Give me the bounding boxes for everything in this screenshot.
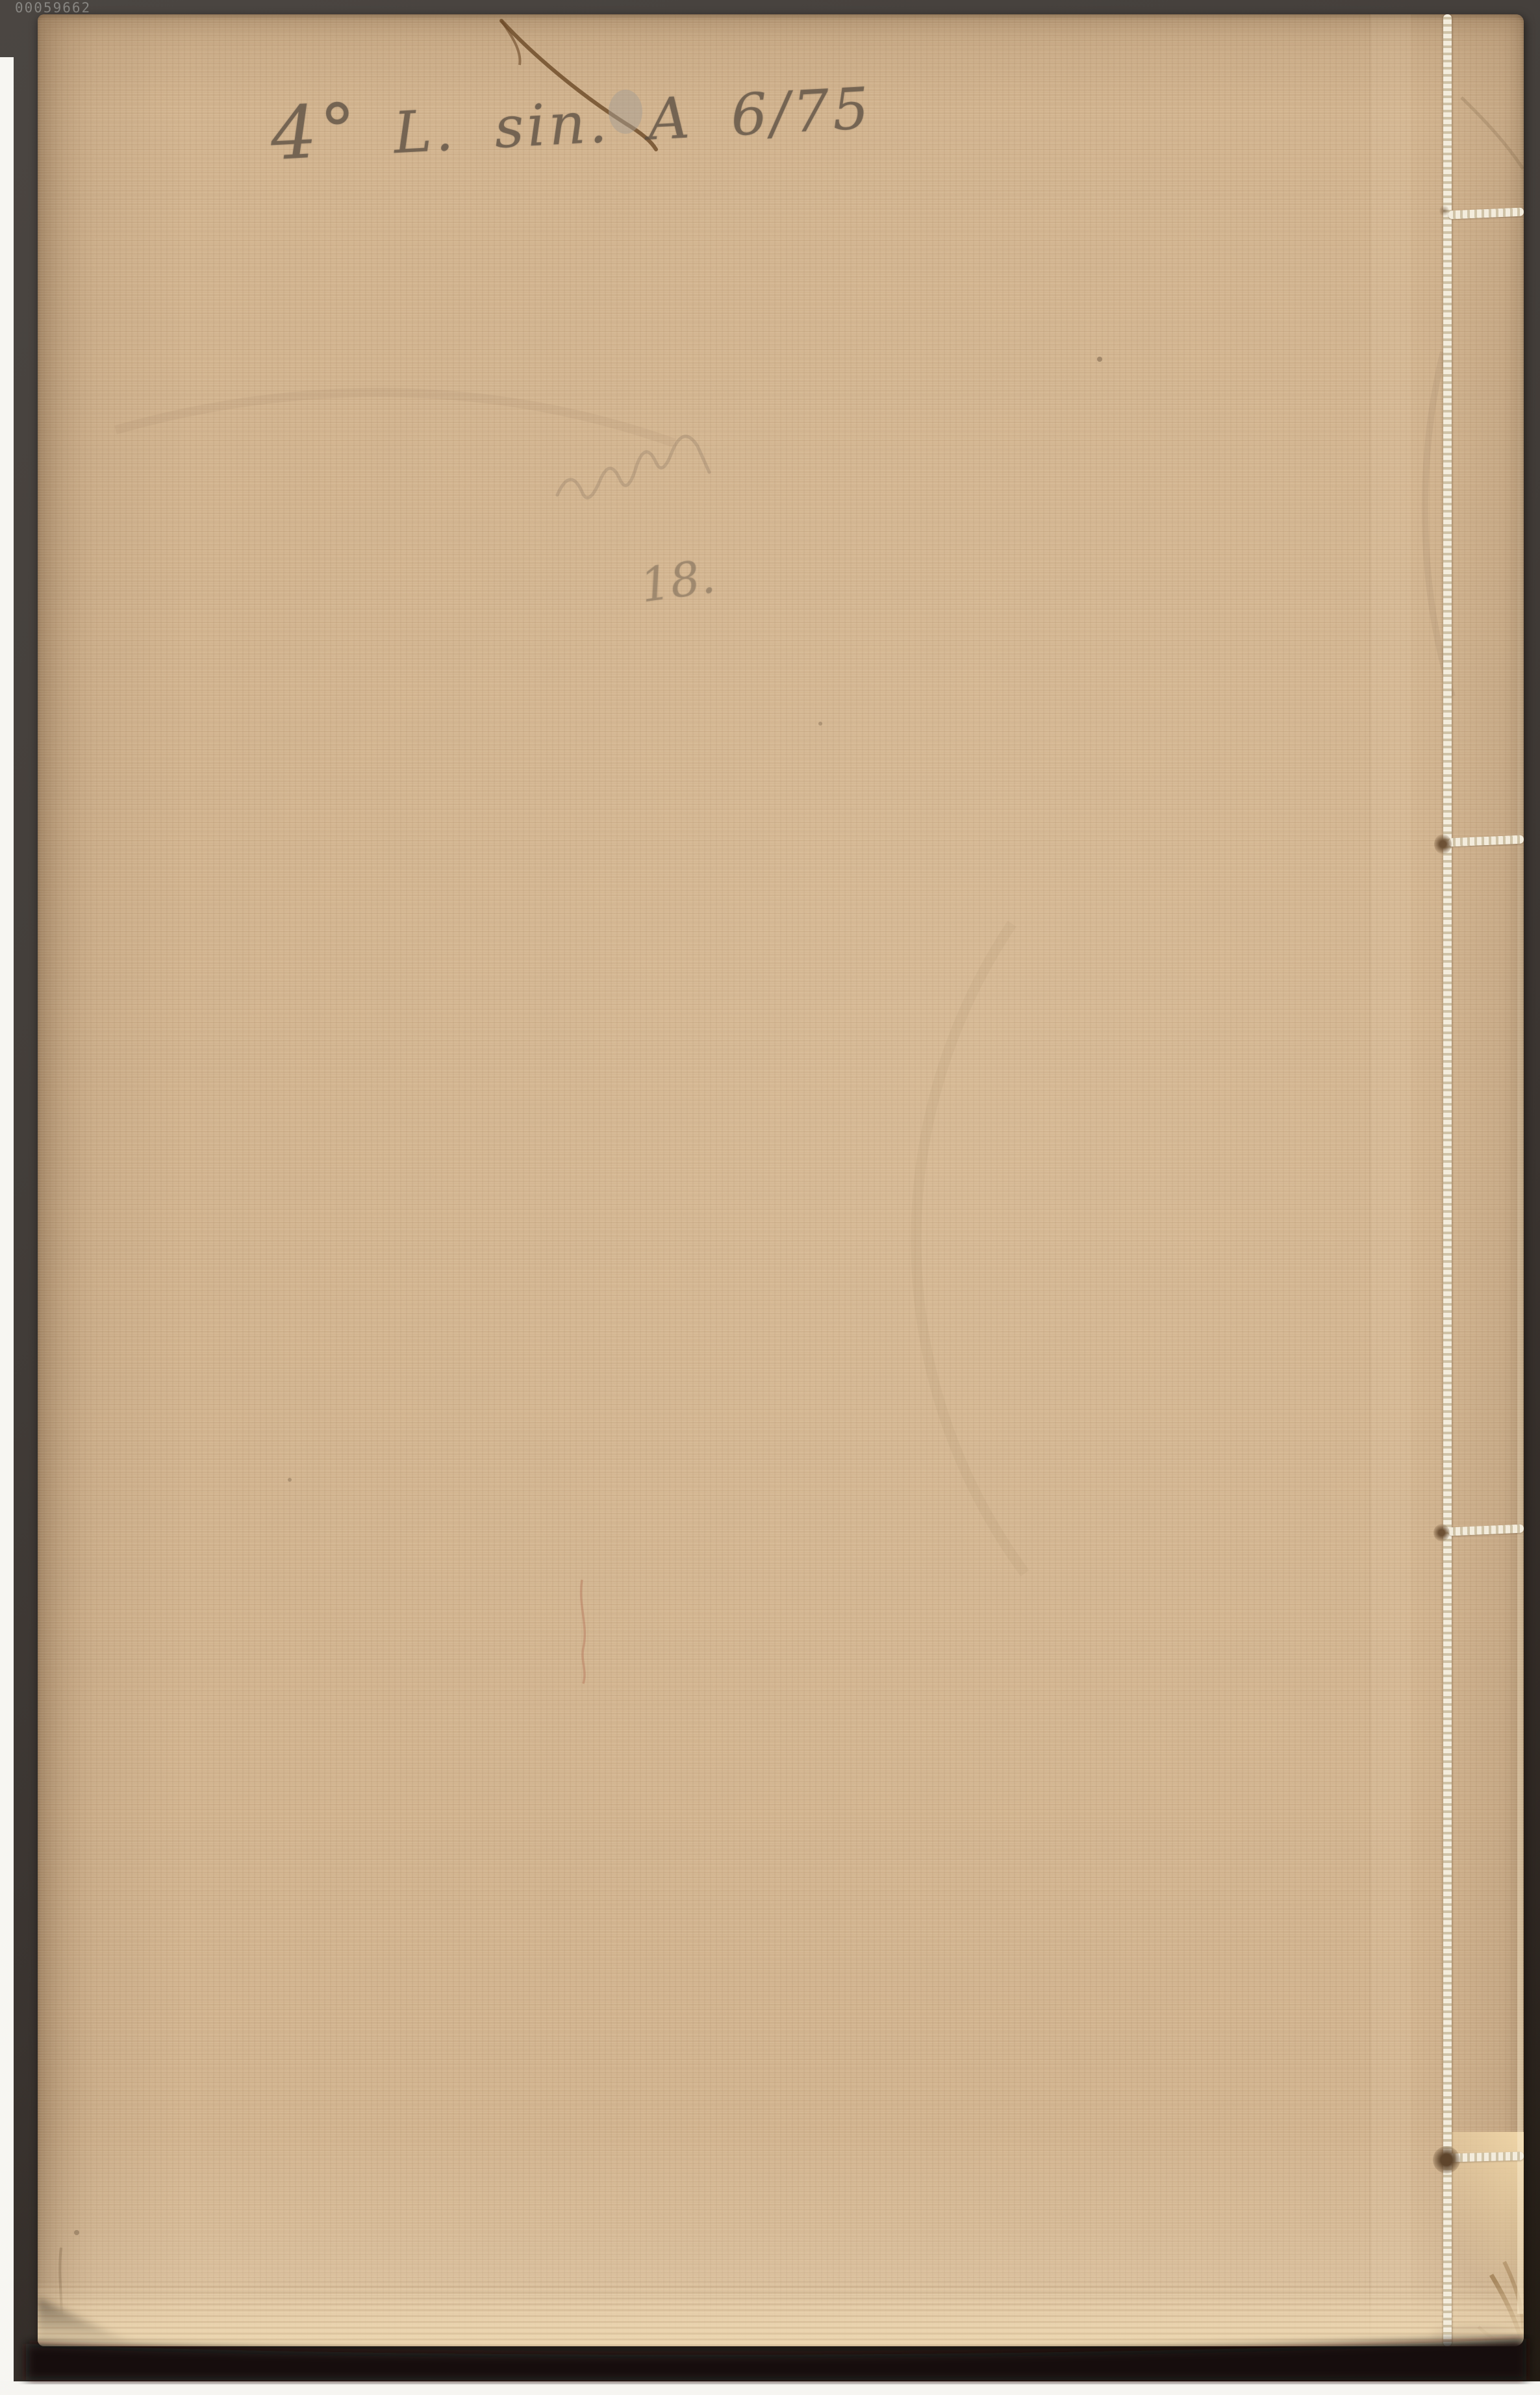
scanned-page: 00059662 [0, 0, 1540, 2395]
stitch-hole-2 [1434, 834, 1452, 854]
scan-id-number: 00059662 [15, 0, 91, 16]
speck [1097, 357, 1102, 362]
stitch-hole-1 [1439, 205, 1449, 216]
handwritten-number: 18. [637, 548, 718, 613]
shelfmark-prefix: 4° [268, 88, 362, 177]
binding-thread-vertical [1443, 14, 1452, 2346]
surface-marks [38, 14, 1524, 2346]
book-cast-shadow [0, 2313, 1540, 2395]
speck [288, 1478, 292, 1482]
stitch-hole-4 [1433, 2146, 1460, 2173]
book-cover: 4° L. sin. A 6/75 18. [38, 14, 1524, 2346]
speck [74, 2230, 79, 2235]
faint-handwritten-word [557, 437, 709, 498]
scanner-bed-left-strip [0, 57, 14, 2381]
stitch-hole-3 [1433, 1524, 1450, 1541]
speck [818, 722, 822, 726]
page-edge-highlight [1517, 66, 1523, 2314]
red-fiber-mark [581, 1580, 585, 1684]
